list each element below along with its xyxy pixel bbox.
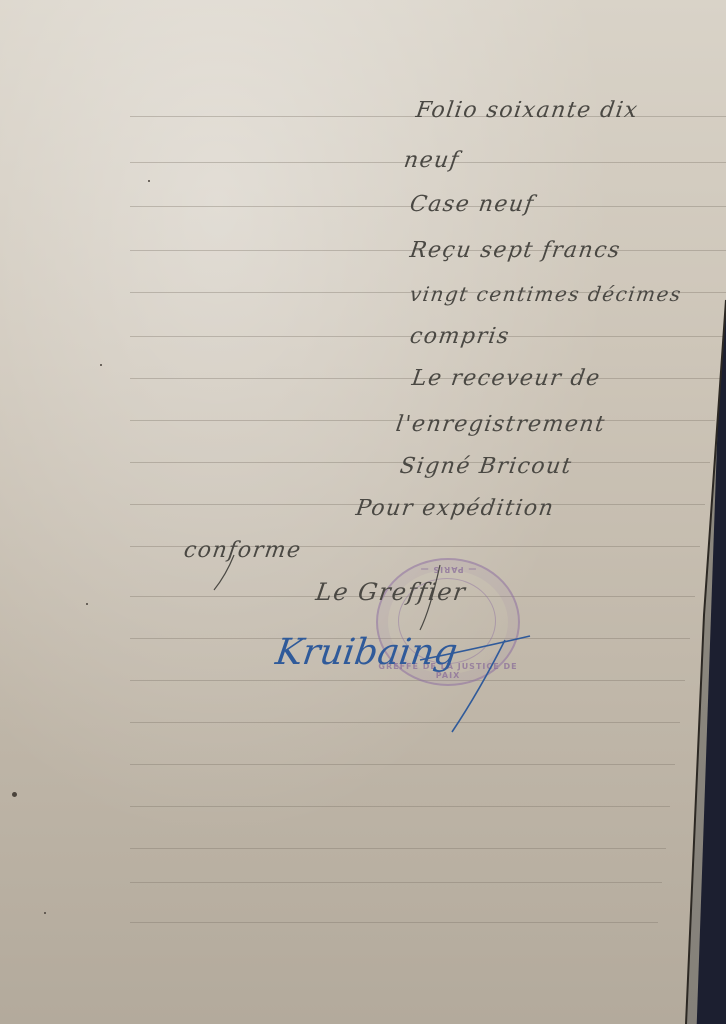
document-page: Folio soixante dix neuf Case neuf Reçu s… xyxy=(0,0,726,1024)
scanned-document-scene: Folio soixante dix neuf Case neuf Reçu s… xyxy=(0,0,726,1024)
signature-flourish xyxy=(0,0,726,1024)
